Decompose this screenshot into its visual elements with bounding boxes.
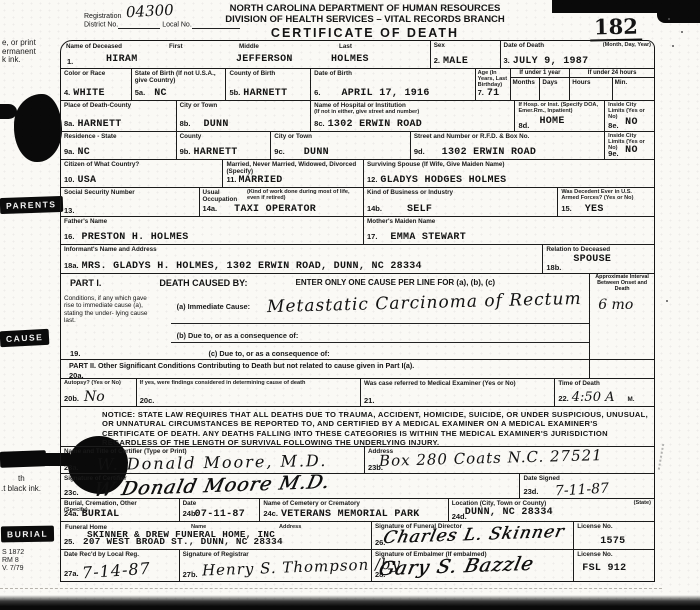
findings-field: If yes, were findings considered in dete… — [136, 379, 360, 406]
disposition-value: BURIAL — [82, 509, 120, 520]
age-value: 71 — [487, 88, 500, 99]
sex-num: 2. — [434, 56, 440, 65]
cause-a-label: (a) Immediate Cause: — [177, 303, 250, 310]
mother-name-label: Mother's Maiden Name — [367, 218, 651, 225]
time-of-death-m: M. — [627, 396, 634, 403]
date-received-num: 27a. — [64, 569, 79, 578]
margin-note2-line2: .t black ink. — [1, 485, 41, 494]
funeral-home-field: Funeral Home Name Address 25. SKINNER & … — [61, 522, 371, 549]
embalmer-license-value: FSL 912 — [582, 563, 626, 574]
funeral-home-address-header: Address — [279, 524, 301, 530]
cemetery-value: VETERANS MEMORIAL PARK — [281, 509, 420, 520]
citizenship-label: Citizen of What Country? — [64, 161, 219, 168]
time-of-death-label: Time of Death — [558, 380, 651, 387]
residence-state-label: Residence - State — [64, 133, 173, 140]
part2-cell: PART II. Other Significant Conditions Co… — [61, 360, 589, 378]
mother-name-field: Mother's Maiden Name 17. EMMA STEWART — [363, 217, 654, 244]
notice-text: NOTICE: STATE LAW REQUIRES THAT ALL DEAT… — [64, 408, 651, 448]
hospital-value: 1302 ERWIN ROAD — [328, 119, 423, 130]
part1-enter-label: ENTER ONLY ONE CAUSE PER LINE FOR (a), (… — [296, 278, 496, 287]
cause-c-interval-cell — [589, 347, 654, 359]
certifier-name-field: Name and Title of Certifier (Type or Pri… — [61, 447, 364, 473]
registrar-signature-field: Signature of Registrar Henry S. Thompson… — [179, 550, 371, 581]
father-name-label: Father's Name — [64, 218, 360, 225]
surviving-spouse-value: GLADYS HODGES HOLMES — [380, 175, 506, 186]
autopsy-num: 20b. — [64, 394, 79, 403]
ssn-label: Social Security Number — [64, 189, 196, 196]
industry-value: SELF — [407, 204, 432, 215]
cause-c-cell: 19. (c) Due to, or as a consequence of: — [61, 347, 589, 359]
hospital-hint: (If not in either, give street and numbe… — [314, 109, 511, 115]
middle-name-header: Middle — [239, 43, 259, 50]
autopsy-value: No — [84, 389, 105, 405]
citizenship-num: 10. — [64, 175, 74, 184]
residence-city-field: City or Town 9c. DUNN — [270, 132, 410, 159]
registrar-signature-num: 27b. — [183, 570, 198, 579]
burial-location-label: Location (City, Town or County) — [452, 500, 547, 507]
autopsy-label: Autopsy? (Yes or No) — [64, 380, 133, 386]
cemetery-num: 24c. — [263, 509, 278, 518]
state-of-birth-num: 5a. — [135, 88, 145, 97]
armed-forces-label: Was Decedent Ever in U.S. Armed Forces? … — [561, 189, 651, 201]
hospital-field: Name of Hospital or Institution (If not … — [310, 101, 514, 131]
age-field: Age (In Years, Last Birthday) 7. 71 — [475, 69, 510, 100]
certifier-signature-num: 23c. — [64, 488, 79, 497]
residence-state-value: NC — [77, 147, 90, 158]
funeral-home-address-value: 207 WEST BROAD ST., DUNN, NC 28334 — [83, 536, 283, 547]
certifier-name-value: W. Donald Moore, M.D. — [97, 451, 328, 474]
deceased-name-num: 1. — [67, 57, 73, 66]
ssn-num: 13. — [64, 206, 74, 215]
residence-street-field: Street and Number or R.F.D. & Box No. 9d… — [410, 132, 604, 159]
relation-value: SPOUSE — [573, 254, 611, 265]
residence-street-value: 1302 ERWIN ROAD — [442, 147, 537, 158]
registration-block: Registration District No. Local No. 0430… — [84, 13, 274, 29]
cause-a-interval-cell: 6 mo — [589, 291, 654, 347]
father-name-field: Father's Name 16. PRESTON H. HOLMES — [61, 217, 363, 244]
cause-c-label: (c) Due to, or as a consequence of: — [208, 350, 329, 357]
city-limits-8-num: 8e. — [608, 121, 618, 130]
under-1-year-months: Months — [511, 78, 540, 100]
date-signed-field: Date Signed 23d. 7-11-87 — [519, 474, 654, 498]
date-of-birth-label: Date of Birth — [314, 70, 471, 77]
cemetery-field: Name of Cemetery or Crematory 24c. VETER… — [259, 499, 447, 521]
margin-tab-parents: PARENTS — [0, 196, 63, 214]
institution-type-num: 8d. — [518, 121, 529, 130]
race-field: Color or Race 4. WHITE — [61, 69, 131, 100]
cause-c-num: 19. — [70, 349, 80, 358]
last-name-value: HOLMES — [331, 54, 369, 65]
occupation-hint: (Kind of work done during most of life, … — [247, 189, 360, 203]
residence-state-num: 9a. — [64, 147, 74, 156]
city-limits-9-num: 9e. — [608, 149, 618, 158]
residence-county-field: County 9b. HARNETT — [176, 132, 271, 159]
informant-value: MRS. GLADYS H. HOLMES, 1302 ERWIN ROAD, … — [82, 261, 422, 272]
date-signed-value: 7-11-87 — [555, 481, 610, 500]
part1-label: PART I. — [70, 278, 101, 288]
middle-name-value: JEFFERSON — [236, 54, 293, 65]
place-of-death-city-num: 8b. — [180, 119, 191, 128]
part1-header: PART I. DEATH CAUSED BY: ENTER ONLY ONE … — [61, 274, 589, 291]
citizenship-field: Citizen of What Country? 10. USA — [61, 160, 222, 187]
funeral-home-num: 25. — [64, 537, 74, 546]
ssn-field: Social Security Number 13. — [61, 188, 199, 216]
under-1-year-field: If under 1 year Months Days — [510, 69, 570, 100]
date-of-death-hint: (Month, Day, Year) — [603, 42, 651, 49]
place-of-death-county-value: HARNETT — [77, 119, 121, 130]
part2-label: PART II. Other Significant Conditions Co… — [69, 361, 586, 370]
state-of-birth-value: NC — [154, 88, 167, 99]
armed-forces-num: 15. — [561, 204, 571, 213]
surviving-spouse-label: Surviving Spouse (If Wife, Give Maiden N… — [367, 161, 651, 168]
father-name-num: 16. — [64, 232, 74, 241]
marital-status-num: 11. — [226, 175, 236, 184]
ink-blob-top — [14, 94, 62, 162]
interval-header-label: Approximate Interval Between Onset and D… — [592, 275, 652, 292]
date-of-birth-field: Date of Birth 6. APRIL 17, 1916 — [310, 69, 474, 100]
scanner-edge-band — [0, 595, 700, 610]
sex-field: Sex 2. MALE — [430, 41, 500, 68]
mother-name-value: EMMA STEWART — [390, 232, 466, 243]
cause-a-value: Metastatic Carcinoma of Rectum — [266, 289, 581, 317]
embalmer-signature-field: Signature of Embalmer (If embalmed) Gary… — [371, 550, 573, 581]
age-label: Age (In Years, Last Birthday) — [478, 70, 508, 88]
director-license-field: License No. 1575 — [573, 522, 654, 549]
relation-label: Relation to Deceased — [546, 246, 651, 253]
registration-label-1: Registration — [84, 13, 274, 21]
margin-tab-burial: BURIAL — [1, 526, 54, 543]
form-code: S 1872 RM 8 V. 7/79 — [2, 549, 24, 573]
burial-date-field: Date 24b. 07-11-87 — [179, 499, 260, 521]
residence-city-value: DUNN — [304, 147, 329, 158]
informant-num: 18a. — [64, 261, 79, 270]
under-1-year-days: Days — [539, 78, 569, 100]
armed-forces-value: YES — [585, 204, 604, 215]
disposition-label: Burial, Cremation, Other — [64, 500, 176, 507]
margin-note2-line1: th — [18, 475, 25, 484]
surviving-spouse-field: Surviving Spouse (If Wife, Give Maiden N… — [363, 160, 654, 187]
place-of-death-county-field: Place of Death-County 8a. HARNETT — [61, 101, 176, 131]
informant-label: Informant's Name and Address — [64, 246, 539, 253]
county-of-birth-label: County of Birth — [229, 70, 307, 77]
residence-county-value: HARNETT — [193, 147, 237, 158]
certifier-name-num: 23a. — [64, 463, 79, 472]
time-of-death-field: Time of Death 22. 4:50 A M. — [554, 379, 654, 406]
embalmer-license-field: License No. FSL 912 — [573, 550, 654, 581]
disposition-field: Burial, Cremation, Other (Specify) 24a. … — [61, 499, 179, 521]
certifier-address-num: 23b. — [368, 463, 383, 472]
place-of-death-city-value: DUNN — [203, 119, 228, 130]
last-name-header: Last — [339, 43, 352, 50]
under-24-hours-hours: Hours — [570, 78, 611, 100]
redaction-bar-corner — [657, 0, 700, 23]
cause-b-label: (b) Due to, or as a consequence of: — [177, 332, 299, 339]
father-name-value: PRESTON H. HOLMES — [81, 232, 188, 243]
interval-header-cell: Approximate Interval Between Onset and D… — [589, 274, 654, 291]
ink-blob-top-nub — [0, 104, 17, 119]
date-received-label: Date Rec'd by Local Reg. — [64, 551, 176, 558]
county-of-birth-num: 5b. — [229, 88, 240, 97]
city-limits-8-value: NO — [625, 117, 638, 128]
institution-type-value: HOME — [539, 116, 564, 127]
marital-status-field: Married, Never Married, Widowed, Divorce… — [222, 160, 363, 187]
hospital-label: Name of Hospital or Institution — [314, 102, 511, 109]
state-of-birth-label: State of Birth (If not U.S.A., give Coun… — [135, 70, 223, 84]
cause-lines-cell: (a) Immediate Cause: Metastatic Carcinom… — [171, 291, 590, 347]
deceased-name-field: Name of Deceased First Middle Last 1. HI… — [61, 41, 430, 68]
disposition-num: 24a. — [64, 509, 79, 518]
residence-street-label: Street and Number or R.F.D. & Box No. — [414, 133, 601, 140]
sex-label: Sex — [434, 42, 497, 49]
notice-cell: NOTICE: STATE LAW REQUIRES THAT ALL DEAT… — [61, 407, 654, 446]
place-of-death-county-num: 8a. — [64, 119, 74, 128]
director-license-value: 1575 — [600, 536, 625, 547]
relation-num: 18b. — [546, 263, 561, 272]
burial-location-value: DUNN, NC 28334 — [465, 507, 553, 518]
conditions-note-cell: Conditions, if any which gave rise to im… — [61, 291, 171, 347]
city-limits-8-field: Inside City Limits (Yes or No) 8e. NO — [604, 101, 654, 131]
first-name-value: HIRAM — [106, 54, 138, 65]
deceased-name-label: Name of Deceased — [66, 43, 122, 50]
marital-status-label: Married, Never Married, Widowed, Divorce… — [226, 161, 360, 175]
part1-caused-by-label: DEATH CAUSED BY: — [159, 278, 247, 288]
date-received-field: Date Rec'd by Local Reg. 27a. 7-14-87 — [61, 550, 179, 581]
registration-district-value: 04300 — [126, 7, 174, 17]
director-license-label: License No. — [577, 523, 651, 530]
residence-street-num: 9d. — [414, 147, 425, 156]
date-of-death-label: Date of Death — [504, 42, 545, 49]
date-of-birth-value: APRIL 17, 1916 — [341, 88, 429, 99]
residence-county-label: County — [180, 133, 268, 140]
race-num: 4. — [64, 88, 70, 97]
burial-location-field: Location (City, Town or County) (State) … — [448, 499, 654, 521]
county-of-birth-field: County of Birth 5b. HARNETT — [225, 69, 310, 100]
margin-scribble — [658, 444, 667, 470]
time-of-death-num: 22. — [558, 394, 568, 403]
medical-examiner-field: Was case referred to Medical Examiner (Y… — [360, 379, 554, 406]
certifier-address-field: Address Box 280 Coats N.C. 27521 23b. — [364, 447, 654, 473]
funeral-director-num: 26. — [375, 538, 385, 547]
occupation-label: Usual Occupation — [203, 189, 245, 203]
funeral-director-signature-field: Signature of Funeral Director Charles L.… — [371, 522, 573, 549]
medical-examiner-num: 21. — [364, 396, 374, 405]
institution-type-label: If Hosp. or Inst. (Specify DOA, Emer.Rm.… — [518, 102, 601, 114]
cemetery-label: Name of Cemetery or Crematory — [263, 500, 444, 507]
date-signed-num: 23d. — [523, 487, 538, 496]
margin-tab-cause: CAUSE — [0, 329, 50, 348]
institution-type-field: If Hosp. or Inst. (Specify DOA, Emer.Rm.… — [514, 101, 604, 131]
certificate-form: Name of Deceased First Middle Last 1. HI… — [60, 40, 655, 582]
residence-city-num: 9c. — [274, 147, 284, 156]
burial-date-value: 07-11-87 — [195, 509, 245, 520]
cause-a-interval: 6 mo — [598, 297, 633, 313]
state-of-birth-field: State of Birth (If not U.S.A., give Coun… — [131, 69, 226, 100]
burial-date-label: Date — [183, 500, 257, 507]
armed-forces-field: Was Decedent Ever in U.S. Armed Forces? … — [557, 188, 654, 216]
medical-examiner-label: Was case referred to Medical Examiner (Y… — [364, 380, 551, 387]
place-of-death-city-field: City or Town 8b. DUNN — [176, 101, 311, 131]
registration-label-2: District No. — [84, 21, 118, 28]
under-1-year-label: If under 1 year — [511, 69, 570, 78]
local-no-label: Local No. — [162, 21, 192, 28]
findings-num: 20c. — [140, 396, 155, 405]
occupation-value: TAXI OPERATOR — [234, 204, 316, 215]
embalmer-license-label: License No. — [577, 551, 651, 558]
race-value: WHITE — [73, 88, 105, 99]
relation-field: Relation to Deceased SPOUSE 18b. — [542, 245, 654, 273]
county-of-birth-value: HARNETT — [243, 88, 287, 99]
informant-field: Informant's Name and Address 18a. MRS. G… — [61, 245, 542, 273]
date-of-birth-num: 6. — [314, 88, 320, 97]
date-of-death-value: JULY 9, 1987 — [513, 56, 589, 67]
marital-status-value: MARRIED — [238, 175, 282, 186]
mother-name-num: 17. — [367, 232, 377, 241]
sex-value: MALE — [443, 56, 468, 67]
hospital-num: 8c. — [314, 119, 324, 128]
scan-fold-line — [0, 588, 662, 589]
date-of-death-field: Date of Death (Month, Day, Year) 3. JULY… — [500, 41, 654, 68]
findings-label: If yes, were findings considered in dete… — [140, 380, 357, 386]
industry-field: Kind of Business or Industry 14b. SELF — [363, 188, 557, 216]
burial-location-num: 24d. — [452, 512, 467, 521]
citizenship-value: USA — [77, 175, 96, 186]
time-of-death-value: 4:50 A — [572, 390, 615, 405]
date-received-value: 7-14-87 — [81, 559, 151, 583]
residence-city-label: City or Town — [274, 133, 407, 140]
first-name-header: First — [169, 43, 183, 50]
residence-state-field: Residence - State 9a. NC — [61, 132, 176, 159]
race-label: Color or Race — [64, 70, 128, 77]
occupation-field: Usual Occupation (Kind of work done duri… — [199, 188, 363, 216]
part2-interval-cell — [589, 360, 654, 378]
place-of-death-county-label: Place of Death-County — [64, 102, 173, 109]
residence-county-num: 9b. — [180, 147, 191, 156]
burial-location-state-label: (State) — [634, 500, 651, 507]
city-limits-9-field: Inside City Limits (Yes or No) 9e. NO — [604, 132, 654, 159]
margin-print-note: e, or print ermanent k ink. — [2, 39, 36, 65]
city-limits-9-value: NO — [625, 145, 638, 156]
certifier-signature-field: Signature of Certifier W Donald Moore M.… — [61, 474, 519, 498]
date-of-death-num: 3. — [504, 56, 510, 65]
conditions-note: Conditions, if any which gave rise to im… — [64, 292, 150, 325]
industry-label: Kind of Business or Industry — [367, 189, 554, 196]
autopsy-field: Autopsy? (Yes or No) 20b. No — [61, 379, 136, 406]
place-of-death-city-label: City or Town — [180, 102, 308, 109]
under-24-hours-field: If under 24 hours Hours Min. — [569, 69, 654, 100]
certificate-number: 182 — [590, 14, 642, 42]
occupation-num: 14a. — [203, 204, 218, 213]
death-certificate-scan: NORTH CAROLINA DEPARTMENT OF HUMAN RESOU… — [0, 0, 700, 610]
under-24-hours-min: Min. — [612, 78, 654, 100]
age-num: 7. — [478, 88, 484, 97]
embalmer-signature-num: 28. — [375, 570, 385, 579]
surviving-spouse-num: 12. — [367, 175, 377, 184]
under-24-hours-label: If under 24 hours — [570, 69, 654, 78]
industry-num: 14b. — [367, 204, 382, 213]
